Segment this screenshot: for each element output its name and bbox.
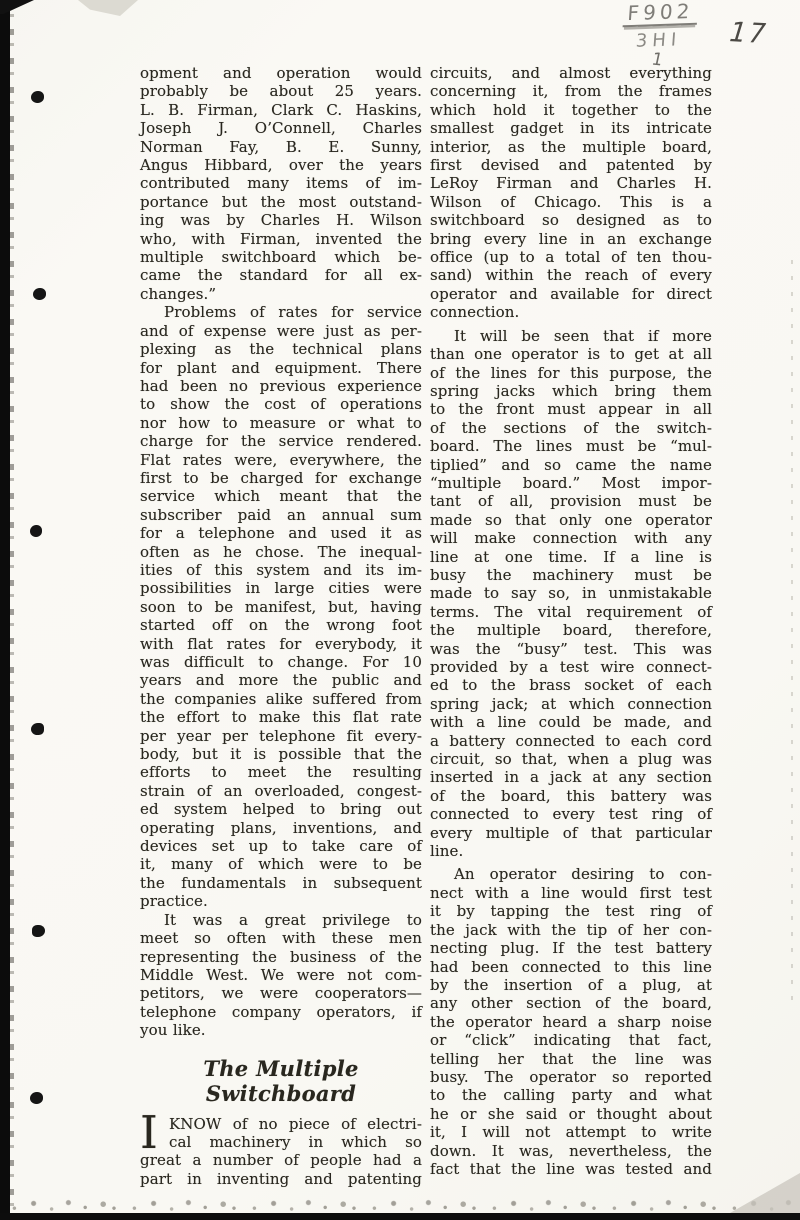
text-line: who, with Firman, invented the <box>140 230 422 248</box>
text-line: Angus Hibbard, over the years <box>140 156 422 174</box>
text-line: KNOW of no piece of electri- <box>169 1115 422 1133</box>
text-line: ed system helped to bring out <box>140 800 422 818</box>
text-line: will make connection with any <box>430 529 712 547</box>
text-line: circuit, so that, when a plug was <box>430 750 712 768</box>
text-line: Norman Fay, B. E. Sunny, <box>140 138 422 156</box>
text-line: Middle West. We were not com- <box>140 966 422 984</box>
text-line: the jack with the tip of her con- <box>430 921 712 939</box>
text-line: strain of an overloaded, congest- <box>140 782 422 800</box>
text-line: service which meant that the <box>140 487 422 505</box>
text-line: tiplied” and so came the name <box>430 456 712 474</box>
text-line: line. <box>430 842 712 860</box>
text-line: by the insertion of a plug, at <box>430 976 712 994</box>
text-line: down. It was, nevertheless, the <box>430 1142 712 1160</box>
text-line: of the board, this battery was <box>430 787 712 805</box>
text-line: Problems of rates for service <box>140 303 422 321</box>
text-line: the operator heard a sharp noise <box>430 1013 712 1031</box>
text-line: contributed many items of im- <box>140 174 422 192</box>
text-line: meet so often with these men <box>140 929 422 947</box>
text-line: and of expense were just as per- <box>140 322 422 340</box>
text-line: nor how to measure or what to <box>140 414 422 432</box>
text-line: the fundamentals in subsequent <box>140 874 422 892</box>
text-line: switchboard so designed as to <box>430 211 712 229</box>
text-line: devices set up to take care of <box>140 837 422 855</box>
text-line: terms. The vital requirement of <box>430 603 712 621</box>
text-line: tant of all, provision must be <box>430 492 712 510</box>
text-line: ities of this system and its im- <box>140 561 422 579</box>
text-line: was difficult to change. For 10 <box>140 653 422 671</box>
text-line: fact that the line was tested and <box>430 1160 712 1178</box>
text-line: you like. <box>140 1021 422 1039</box>
text-column-right: circuits, and almost everythingconcernin… <box>430 64 712 1188</box>
paragraph: circuits, and almost everythingconcernin… <box>430 64 712 322</box>
text-line: ed to the brass socket of each <box>430 676 712 694</box>
text-line: necting plug. If the test battery <box>430 939 712 957</box>
text-line: petitors, we were cooperators— <box>140 984 422 1002</box>
text-line: soon to be manifest, but, having <box>140 598 422 616</box>
section-heading: The Multiple Switchboard <box>140 1056 422 1106</box>
text-line: made to say so, in unmistakable <box>430 584 712 602</box>
text-line: practice. <box>140 892 422 910</box>
scan-noise-right <box>791 260 793 1000</box>
text-line: had been no previous experience <box>140 377 422 395</box>
text-line: Joseph J. O’Connell, Charles <box>140 119 422 137</box>
text-line: the effort to make this flat rate <box>140 708 422 726</box>
text-line: subscriber paid an annual sum <box>140 506 422 524</box>
ink-dot <box>31 91 44 103</box>
text-line: smallest gadget in its intricate <box>430 119 712 137</box>
text-line: of the lines for this purpose, the <box>430 364 712 382</box>
paragraph: Problems of rates for serviceand of expe… <box>140 303 422 910</box>
scan-edge-left <box>0 0 10 1220</box>
text-line: provided by a test wire connect- <box>430 658 712 676</box>
text-line: was the “busy” test. This was <box>430 640 712 658</box>
text-line: possibilities in large cities were <box>140 579 422 597</box>
text-line: of the sections of the switch- <box>430 419 712 437</box>
text-line: any other section of the board, <box>430 994 712 1012</box>
text-line: the multiple board, therefore, <box>430 621 712 639</box>
paragraph: It was a great privilege tomeet so often… <box>140 911 422 1040</box>
text-line: or “click” indicating that fact, <box>430 1031 712 1049</box>
handwritten-code-top: F902 <box>623 1 699 28</box>
text-line: Wilson of Chicago. This is a <box>430 193 712 211</box>
text-line: LeRoy Firman and Charles H. <box>430 174 712 192</box>
text-line: which hold it together to the <box>430 101 712 119</box>
text-line: every multiple of that particular <box>430 824 712 842</box>
text-line: An operator desiring to con- <box>430 865 712 883</box>
text-line: great a number of people had a <box>140 1151 422 1169</box>
text-line: efforts to meet the resulting <box>140 763 422 781</box>
scan-corner-top-left <box>0 0 34 14</box>
text-line: it, many of which were to be <box>140 855 422 873</box>
text-line: a battery connected to each cord <box>430 732 712 750</box>
paragraph: IKNOW of no piece of electri-cal machine… <box>140 1115 422 1189</box>
text-line: circuits, and almost everything <box>430 64 712 82</box>
scan-noise-bottom <box>0 1197 800 1213</box>
ink-dot <box>31 723 44 735</box>
text-line: operating plans, inventions, and <box>140 819 422 837</box>
text-line: than one operator is to get at all <box>430 345 712 363</box>
text-line: part in inventing and patenting <box>140 1170 422 1188</box>
handwritten-code-middle: 3HI <box>621 31 696 52</box>
text-line: charge for the service rendered. <box>140 432 422 450</box>
paragraph: It will be seen that if morethan one ope… <box>430 327 712 861</box>
text-line: the companies alike suffered from <box>140 690 422 708</box>
ink-dot <box>30 1092 43 1104</box>
text-line: cal machinery in which so <box>169 1133 422 1151</box>
paragraph: opment and operation wouldprobably be ab… <box>140 64 422 303</box>
text-line: busy. The operator so reported <box>430 1068 712 1086</box>
ink-dot <box>30 525 42 537</box>
scan-smudge-top <box>78 0 138 16</box>
text-line: Flat rates were, everywhere, the <box>140 451 422 469</box>
text-line: sand) within the reach of every <box>430 266 712 284</box>
text-line: ing was by Charles H. Wilson <box>140 211 422 229</box>
ink-dot <box>32 925 45 937</box>
text-line: L. B. Firman, Clark C. Haskins, <box>140 101 422 119</box>
text-line: connection. <box>430 303 712 321</box>
text-line: connected to every test ring of <box>430 805 712 823</box>
text-line: it by tapping the test ring of <box>430 902 712 920</box>
drop-cap: I <box>140 1115 162 1152</box>
text-line: changes.” <box>140 285 422 303</box>
handwritten-archive-code: F902 3HI 1 <box>620 1 699 71</box>
text-line: bring every line in an exchange <box>430 230 712 248</box>
text-line: probably be about 25 years. <box>140 82 422 100</box>
scan-edge-left-ragged <box>10 0 14 1220</box>
text-line: to the calling party and what <box>430 1086 712 1104</box>
text-line: spring jacks which bring them <box>430 382 712 400</box>
text-line: came the standard for all ex- <box>140 266 422 284</box>
text-line: concerning it, from the frames <box>430 82 712 100</box>
text-line: per year per telephone fit every- <box>140 727 422 745</box>
text-line: started off on the wrong foot <box>140 616 422 634</box>
text-line: portance but the most outstand- <box>140 193 422 211</box>
text-line: telling her that the line was <box>430 1050 712 1068</box>
text-line: interior, as the multiple board, <box>430 138 712 156</box>
text-line: to the front must appear in all <box>430 400 712 418</box>
text-line: often as he chose. The inequal- <box>140 543 422 561</box>
text-line: It was a great privilege to <box>140 911 422 929</box>
text-line: telephone company operators, if <box>140 1003 422 1021</box>
handwritten-page-number: 17 <box>725 17 772 50</box>
text-column-left: opment and operation wouldprobably be ab… <box>140 64 422 1188</box>
text-line: for a telephone and used it as <box>140 524 422 542</box>
text-line: it, I will not attempt to write <box>430 1123 712 1141</box>
text-line: for plant and equipment. There <box>140 359 422 377</box>
text-line: line at one time. If a line is <box>430 548 712 566</box>
text-line: made so that only one operator <box>430 511 712 529</box>
scanned-document-page: F902 3HI 1 17 opment and operation would… <box>0 0 800 1220</box>
paragraph: An operator desiring to con-nect with a … <box>430 865 712 1178</box>
scan-edge-bottom <box>0 1213 800 1220</box>
text-line: spring jack; at which connection <box>430 695 712 713</box>
text-line: operator and available for direct <box>430 285 712 303</box>
text-line: office (up to a total of ten thou- <box>430 248 712 266</box>
text-line: opment and operation would <box>140 64 422 82</box>
text-line: busy the machinery must be <box>430 566 712 584</box>
article-text: opment and operation wouldprobably be ab… <box>140 64 712 1188</box>
text-line: It will be seen that if more <box>430 327 712 345</box>
text-line: first to be charged for exchange <box>140 469 422 487</box>
text-line: representing the business of the <box>140 948 422 966</box>
text-line: years and more the public and <box>140 671 422 689</box>
text-line: nect with a line would first test <box>430 884 712 902</box>
text-line: with a line could be made, and <box>430 713 712 731</box>
text-line: body, but it is possible that the <box>140 745 422 763</box>
ink-dot <box>33 288 46 300</box>
scan-corner-bottom-right <box>730 1173 800 1213</box>
text-line: multiple switchboard which be- <box>140 248 422 266</box>
text-line: “multiple board.” Most impor- <box>430 474 712 492</box>
text-line: he or she said or thought about <box>430 1105 712 1123</box>
text-line: plexing as the technical plans <box>140 340 422 358</box>
text-line: had been connected to this line <box>430 958 712 976</box>
text-line: with flat rates for everybody, it <box>140 635 422 653</box>
text-line: inserted in a jack at any section <box>430 768 712 786</box>
text-line: to show the cost of operations <box>140 395 422 413</box>
text-line: first devised and patented by <box>430 156 712 174</box>
text-line: board. The lines must be “mul- <box>430 437 712 455</box>
